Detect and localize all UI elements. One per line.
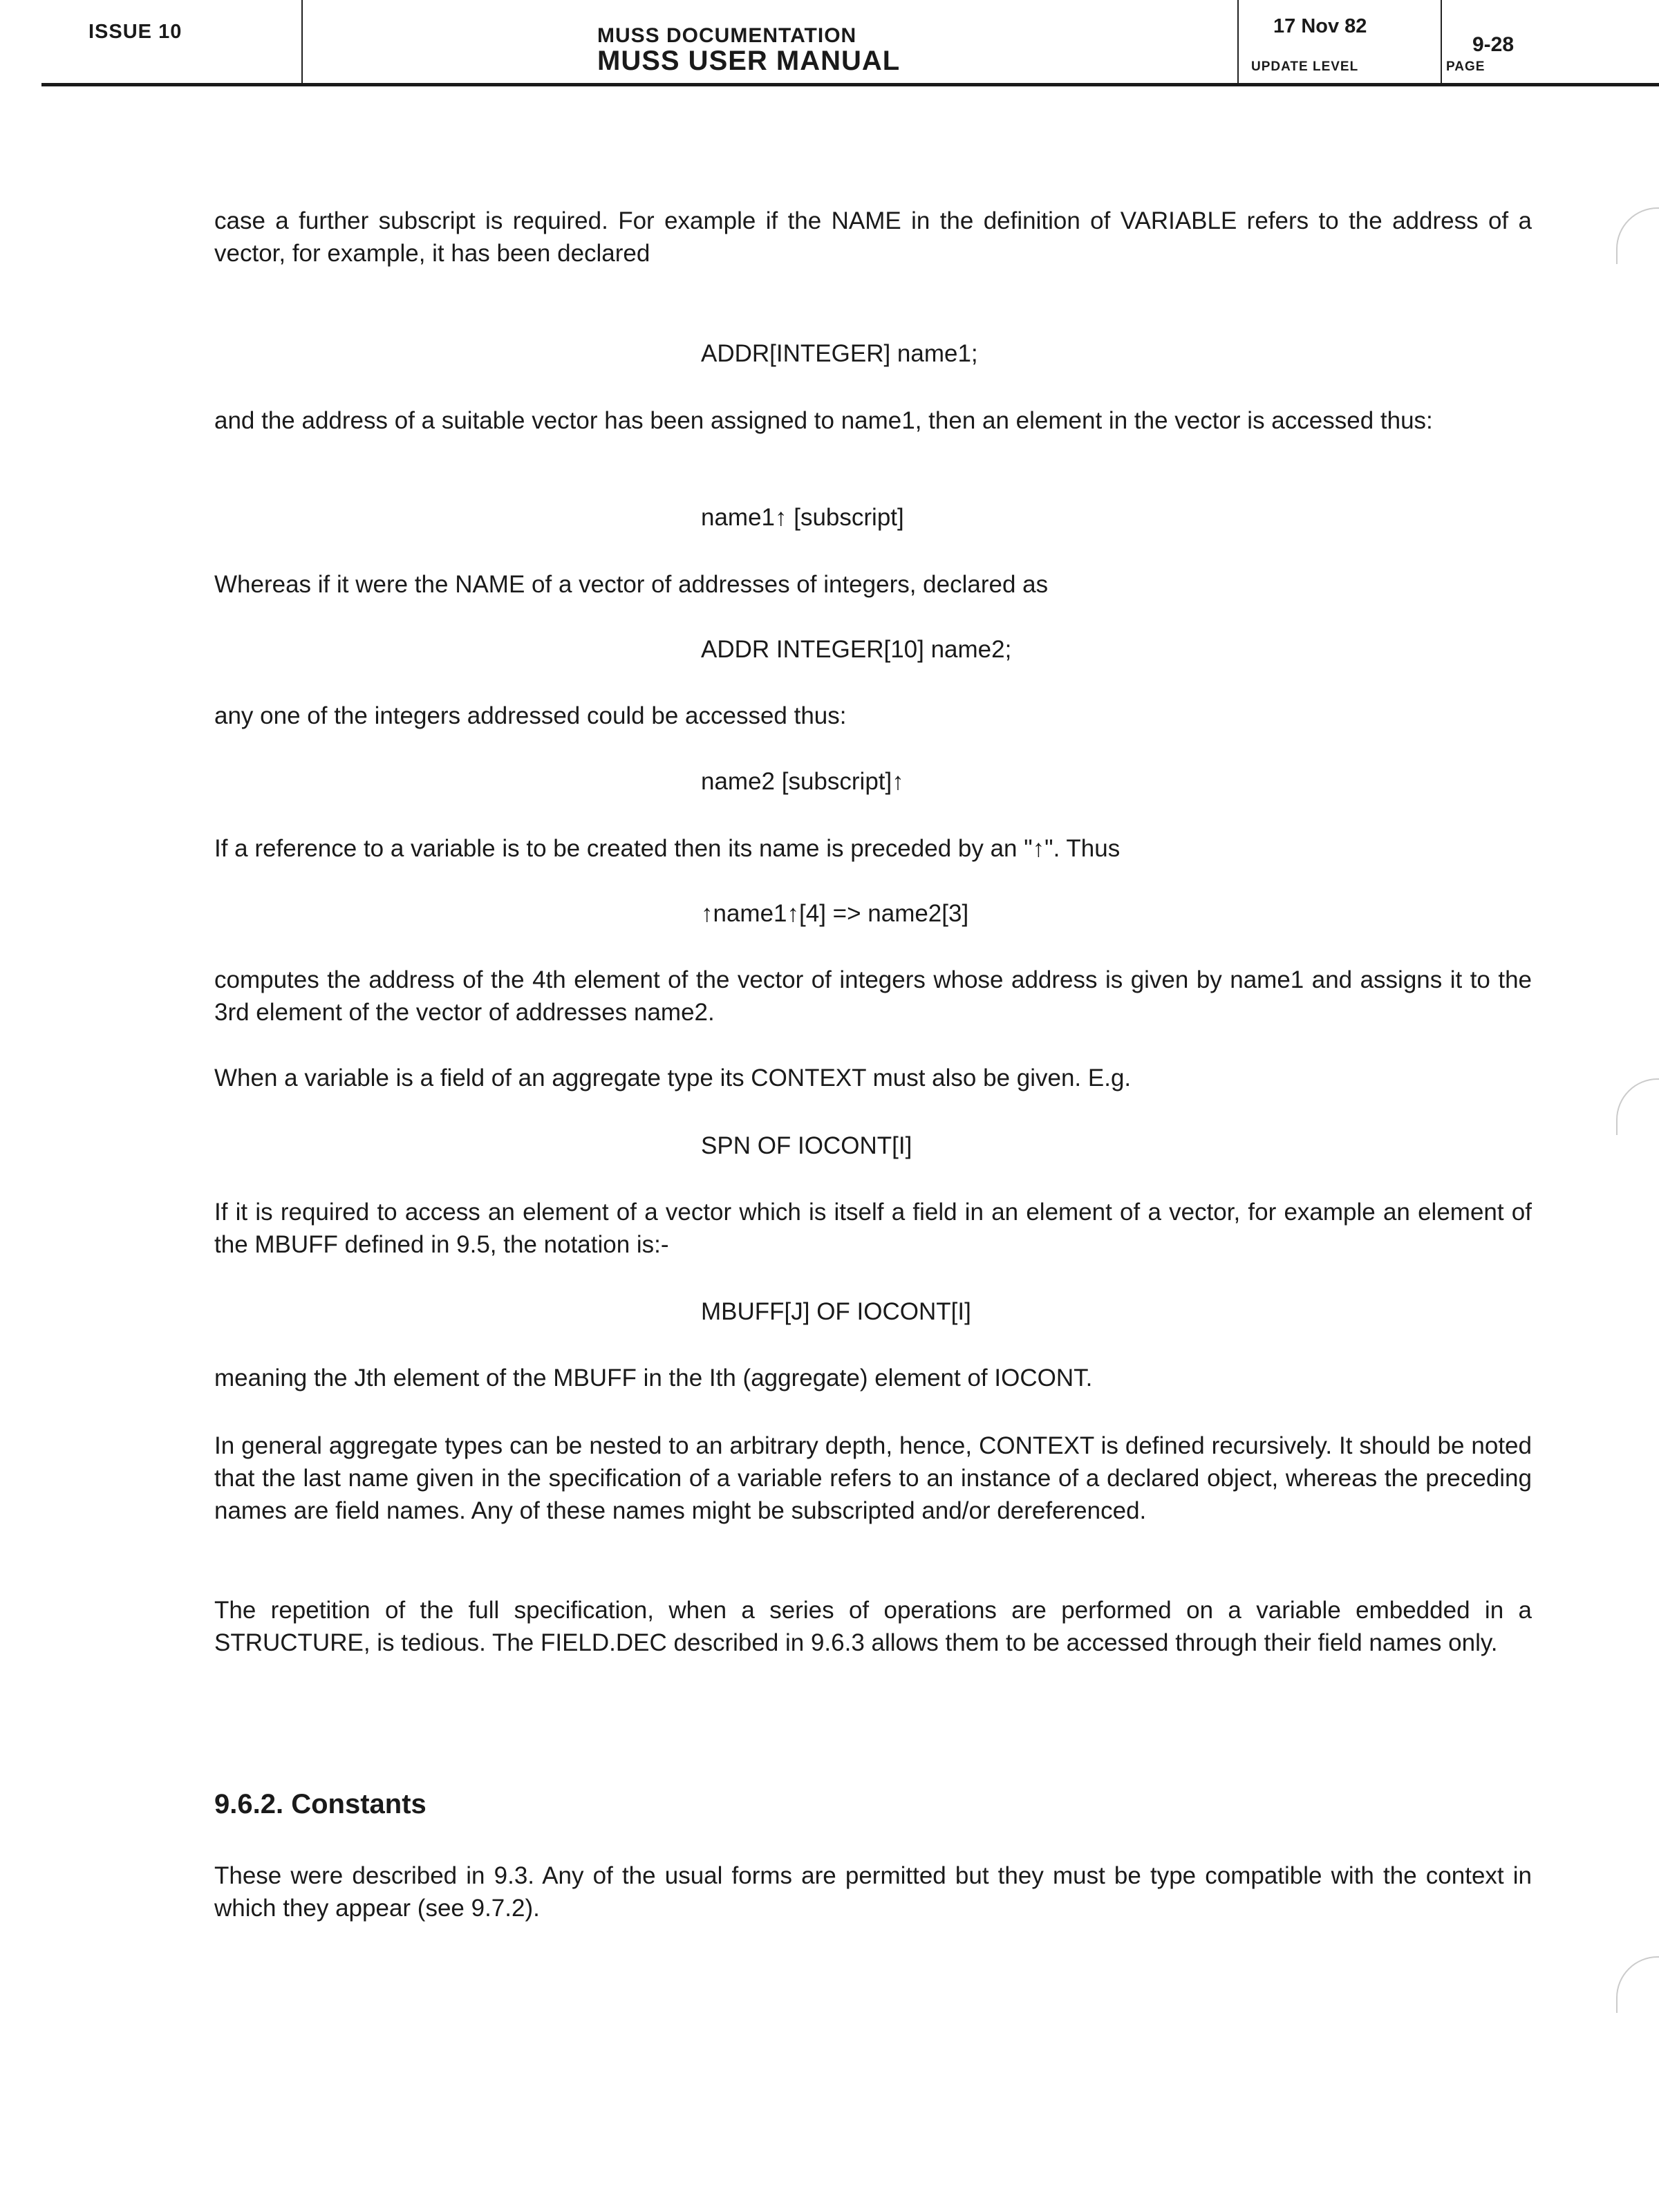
paragraph: computes the address of the 4th element … (214, 964, 1532, 1029)
doc-series: MUSS DOCUMENTATION (597, 25, 900, 47)
document-title: MUSS DOCUMENTATION MUSS USER MANUAL (597, 25, 900, 75)
page-header: ISSUE 10 MUSS DOCUMENTATION MUSS USER MA… (0, 0, 1659, 83)
paragraph: In general aggregate types can be nested… (214, 1430, 1532, 1527)
binder-hole-mark (1616, 207, 1659, 264)
code-example: SPN OF IOCONT[I] (701, 1130, 912, 1162)
paragraph: and the address of a suitable vector has… (214, 404, 1532, 437)
section-heading: 9.6.2. Constants (214, 1789, 427, 1820)
paragraph: When a variable is a field of an aggrega… (214, 1062, 1532, 1094)
code-example: ↑name1↑[4] => name2[3] (701, 897, 968, 930)
paragraph: If it is required to access an element o… (214, 1196, 1532, 1261)
code-example: name1↑ [subscript] (701, 501, 904, 534)
header-divider (1237, 0, 1239, 84)
code-example: ADDR INTEGER[10] name2; (701, 633, 1011, 666)
binder-hole-mark (1616, 1956, 1659, 2013)
update-level-label: UPDATE LEVEL (1251, 59, 1358, 75)
code-example: MBUFF[J] OF IOCONT[I] (701, 1295, 971, 1328)
paragraph: Whereas if it were the NAME of a vector … (214, 568, 1532, 601)
binder-hole-mark (1616, 1078, 1659, 1135)
header-rule (41, 83, 1659, 86)
code-example: ADDR[INTEGER] name1; (701, 337, 978, 370)
code-example: name2 [subscript]↑ (701, 765, 904, 798)
paragraph: case a further subscript is required. Fo… (214, 205, 1532, 270)
update-date: 17 Nov 82 (1273, 15, 1367, 38)
page-label: PAGE (1446, 59, 1485, 75)
header-divider (301, 0, 303, 84)
doc-name: MUSS USER MANUAL (597, 47, 900, 75)
paragraph: These were described in 9.3. Any of the … (214, 1859, 1532, 1924)
paragraph: meaning the Jth element of the MBUFF in … (214, 1362, 1532, 1394)
paragraph: The repetition of the full specification… (214, 1594, 1532, 1659)
issue-label: ISSUE 10 (88, 21, 182, 44)
page-number: 9-28 (1472, 33, 1514, 57)
header-divider (1441, 0, 1442, 84)
paragraph: any one of the integers addressed could … (214, 700, 1532, 732)
paragraph: If a reference to a variable is to be cr… (214, 832, 1532, 865)
